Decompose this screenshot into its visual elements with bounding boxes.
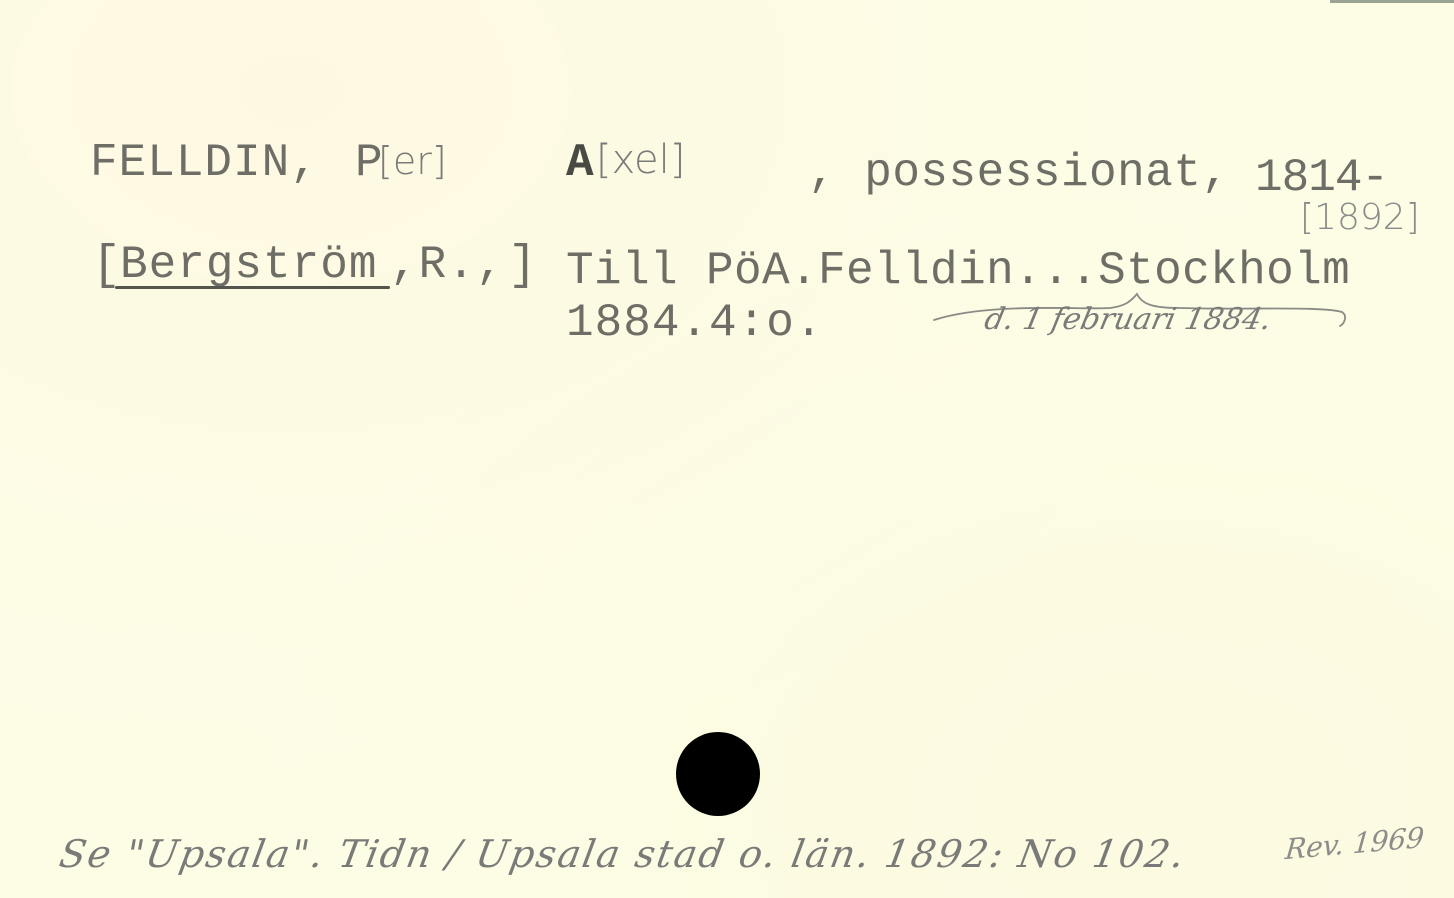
death-year-handwritten: [1892] [1300,200,1420,236]
author-initials: ,R., [390,242,504,288]
occupation: , possessionat, [808,150,1230,196]
catalog-card: FELLDIN, P [er] A [xel] , possessionat, … [0,0,1454,898]
handwritten-date-note: d. 1 februari 1884. [982,305,1274,335]
punch-hole [676,732,760,816]
author-underline [115,286,390,289]
second-initial: A [566,140,595,186]
title-line-1: Till PöA.Felldin...Stockholm [566,248,1350,294]
revision-note: Rev. 1969 [1284,824,1425,864]
handwritten-reference: Se "Upsala". Tidn / Upsala stad o. län. … [57,835,1189,873]
author-name: Bergström [120,242,377,288]
surname: FELLDIN, [90,140,319,186]
first-name-completion: [er] [378,142,447,180]
scan-edge [1330,0,1454,3]
second-name-completion: [xel] [596,140,685,180]
author-close-bracket: ] [508,242,538,290]
title-line-2: 1884.4:o. [566,300,823,346]
birth-year: 1814- [1255,155,1388,201]
author-open-bracket: [ [92,242,122,290]
